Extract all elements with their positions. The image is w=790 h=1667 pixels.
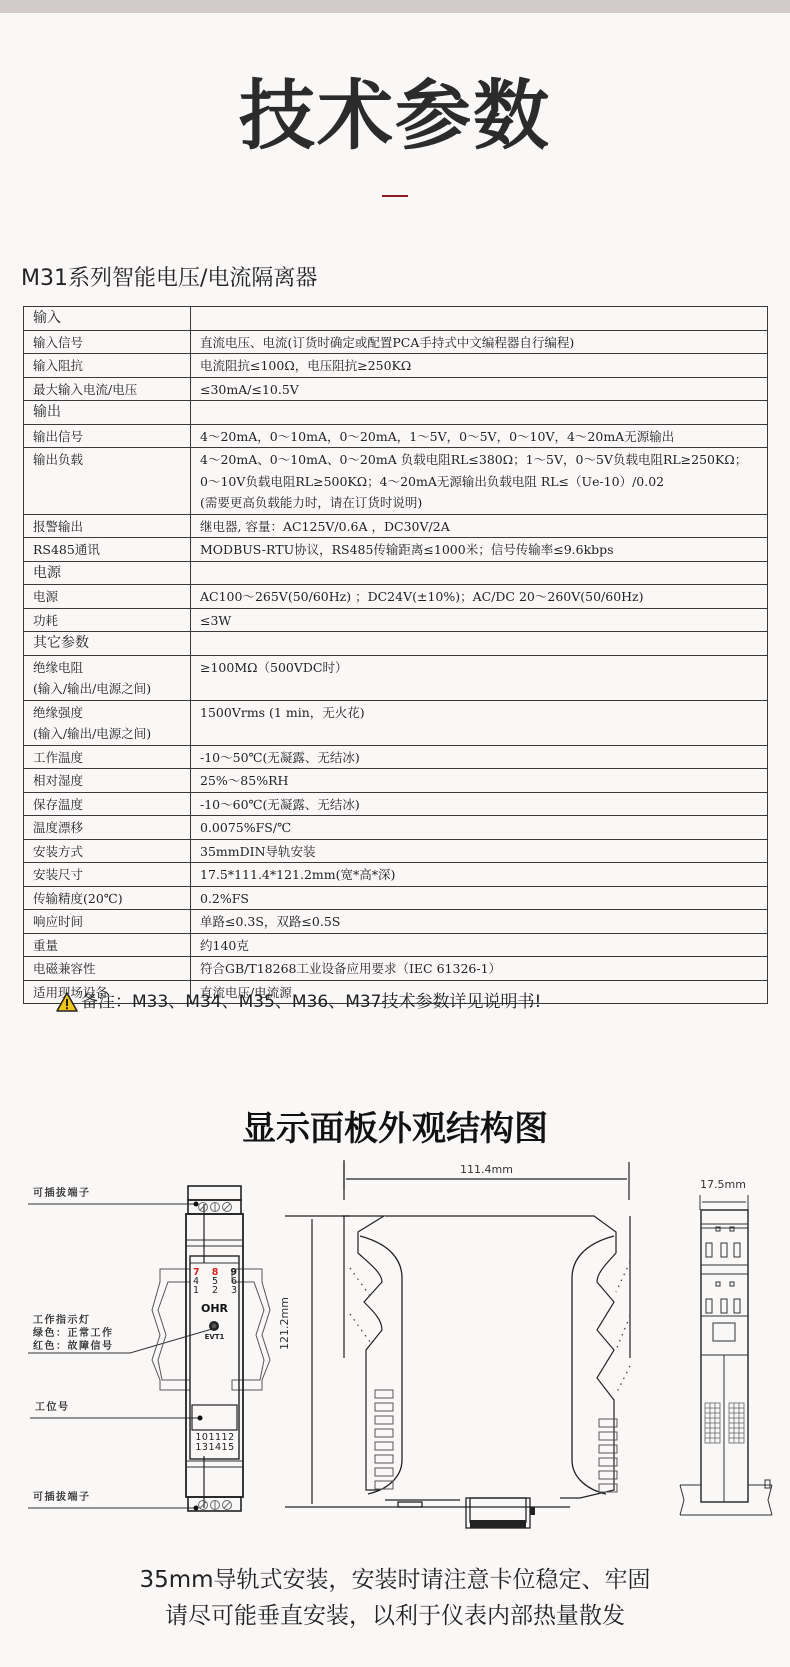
spec-key: 重量 xyxy=(24,933,191,957)
dimension-width: 17.5mm xyxy=(700,1178,746,1191)
terminal-numbers-bottom: 101112 131415 xyxy=(191,1433,239,1453)
table-section-row: 输入 xyxy=(24,307,768,331)
terminal-1: 1 xyxy=(193,1286,199,1295)
spec-key: 响应时间 xyxy=(24,910,191,934)
spec-key: 报警输出 xyxy=(24,514,191,538)
spec-value: 0.2%FS xyxy=(191,886,768,910)
spec-value: 约140克 xyxy=(191,933,768,957)
table-row: 安装方式35mmDIN导轨安装 xyxy=(24,839,768,863)
spec-key: 输出信号 xyxy=(24,424,191,448)
spec-value: 继电器, 容量：AC125V/0.6A ，DC30V/2A xyxy=(191,514,768,538)
diagram-title: 显示面板外观结构图 xyxy=(0,1107,790,1151)
spec-value: ≤30mA/≤10.5V xyxy=(191,377,768,401)
table-row: 电源AC100～265V(50/60Hz) ；DC24V(±10%)；AC/DC… xyxy=(24,585,768,609)
table-section-row: 输出 xyxy=(24,401,768,425)
spec-key: 安装尺寸 xyxy=(24,863,191,887)
table-row: 相对湿度25%～85%RH xyxy=(24,769,768,793)
spec-value xyxy=(191,632,768,656)
spec-key: 功耗 xyxy=(24,608,191,632)
spec-key: 电源 xyxy=(24,561,191,585)
spec-value: -10～60℃(无凝露、无结冰) xyxy=(191,792,768,816)
spec-value xyxy=(191,561,768,585)
spec-key: 保存温度 xyxy=(24,792,191,816)
spec-key: 工作温度 xyxy=(24,745,191,769)
spec-value: 直流电压、电流(订货时确定或配置PCA手持式中文编程器自行编程) xyxy=(191,330,768,354)
dimension-height: 121.2mm xyxy=(278,1297,291,1350)
note-text: 备注：M33、M34、M35、M36、M37技术参数详见说明书! xyxy=(81,990,541,1014)
led-label: EVT1 xyxy=(190,1333,239,1341)
table-row: 输入阻抗电流阻抗≤100Ω，电压阻抗≥250KΩ xyxy=(24,354,768,378)
top-strip xyxy=(0,0,790,13)
title-accent-rule xyxy=(382,195,408,197)
table-section-row: 电源 xyxy=(24,561,768,585)
table-row: 输入信号直流电压、电流(订货时确定或配置PCA手持式中文编程器自行编程) xyxy=(24,330,768,354)
table-row: 绝缘强度(输入/输出/电源之间)1500Vrms (1 min，无火花) xyxy=(24,700,768,745)
table-row: 安装尺寸17.5*111.4*121.2mm(宽*高*深) xyxy=(24,863,768,887)
spec-key: 绝缘强度(输入/输出/电源之间) xyxy=(24,700,191,745)
spec-key: 输入 xyxy=(24,307,191,331)
end-view-drawing xyxy=(660,1160,790,1530)
spec-value: ≤3W xyxy=(191,608,768,632)
table-section-row: 其它参数 xyxy=(24,632,768,656)
side-view-drawing xyxy=(280,1160,660,1530)
spec-key: 最大输入电流/电压 xyxy=(24,377,191,401)
spec-value: -10～50℃(无凝露、无结冰) xyxy=(191,745,768,769)
spec-value: 35mmDIN导轨安装 xyxy=(191,839,768,863)
table-row: 传输精度(20℃)0.2%FS xyxy=(24,886,768,910)
spec-value: 25%～85%RH xyxy=(191,769,768,793)
brand-logo: OHR xyxy=(190,1302,239,1315)
table-row: 重量约140克 xyxy=(24,933,768,957)
spec-value xyxy=(191,307,768,331)
spec-key: 输出 xyxy=(24,401,191,425)
terminal-numbers-top: 7 8 9 4 5 6 1 2 3 xyxy=(193,1268,237,1295)
spec-key: RS485通讯 xyxy=(24,538,191,562)
spec-key: 输入阻抗 xyxy=(24,354,191,378)
spec-key: 电源 xyxy=(24,585,191,609)
spec-value: 电流阻抗≤100Ω，电压阻抗≥250KΩ xyxy=(191,354,768,378)
spec-value: 4～20mA、0～10mA、0～20mA 负载电阻RL≤380Ω；1～5V，0～… xyxy=(191,448,768,515)
table-row: 报警输出继电器, 容量：AC125V/0.6A ，DC30V/2A xyxy=(24,514,768,538)
spec-key: 输入信号 xyxy=(24,330,191,354)
spec-value xyxy=(191,401,768,425)
table-row: 工作温度-10～50℃(无凝露、无结冰) xyxy=(24,745,768,769)
spec-value: ≥100MΩ（500VDC时） xyxy=(191,655,768,700)
table-row: RS485通讯MODBUS-RTU协议，RS485传输距离≤1000米；信号传输… xyxy=(24,538,768,562)
front-view-drawing xyxy=(0,1160,290,1530)
spec-value: AC100～265V(50/60Hz) ；DC24V(±10%)；AC/DC 2… xyxy=(191,585,768,609)
dimension-depth: 111.4mm xyxy=(460,1163,513,1176)
table-row: 电磁兼容性符合GB/T18268工业设备应用要求（IEC 61326-1） xyxy=(24,957,768,981)
footer-line-1: 35mm导轨式安装，安装时请注意卡位稳定、牢固 xyxy=(0,1564,790,1596)
spec-key: 其它参数 xyxy=(24,632,191,656)
spec-table: 输入输入信号直流电压、电流(订货时确定或配置PCA手持式中文编程器自行编程)输入… xyxy=(23,306,768,1004)
terminal-2: 2 xyxy=(212,1286,218,1295)
spec-value: 符合GB/T18268工业设备应用要求（IEC 61326-1） xyxy=(191,957,768,981)
spec-key: 输出负载 xyxy=(24,448,191,515)
table-row: 绝缘电阻(输入/输出/电源之间)≥100MΩ（500VDC时） xyxy=(24,655,768,700)
table-row: 保存温度-10～60℃(无凝露、无结冰) xyxy=(24,792,768,816)
spec-key: 电磁兼容性 xyxy=(24,957,191,981)
spec-key: 传输精度(20℃) xyxy=(24,886,191,910)
table-row: 最大输入电流/电压≤30mA/≤10.5V xyxy=(24,377,768,401)
warning-icon xyxy=(56,992,78,1012)
structure-diagram: 可插拔端子 工作指示灯 绿色：正常工作 红色：故障信号 工位号 可插拔端子 xyxy=(0,1160,790,1530)
table-row: 输出信号4～20mA，0～10mA，0～20mA，1～5V，0～5V，0～10V… xyxy=(24,424,768,448)
spec-value: 单路≤0.3S，双路≤0.5S xyxy=(191,910,768,934)
spec-table-caption: M31系列智能电压/电流隔离器 xyxy=(21,264,317,294)
spec-value: MODBUS-RTU协议，RS485传输距离≤1000米；信号传输率≤9.6kb… xyxy=(191,538,768,562)
spec-value: 4～20mA，0～10mA，0～20mA，1～5V，0～5V，0～10V，4～2… xyxy=(191,424,768,448)
spec-value: 17.5*111.4*121.2mm(宽*高*深) xyxy=(191,863,768,887)
table-row: 输出负载4～20mA、0～10mA、0～20mA 负载电阻RL≤380Ω；1～5… xyxy=(24,448,768,515)
spec-value: 1500Vrms (1 min，无火花) xyxy=(191,700,768,745)
footer-line-2: 请尽可能垂直安装，以利于仪表内部热量散发 xyxy=(0,1600,790,1632)
terminal-3: 3 xyxy=(231,1286,237,1295)
table-row: 响应时间单路≤0.3S，双路≤0.5S xyxy=(24,910,768,934)
spec-key: 温度漂移 xyxy=(24,816,191,840)
spec-value: 0.0075%FS/℃ xyxy=(191,816,768,840)
table-row: 功耗≤3W xyxy=(24,608,768,632)
spec-key: 相对湿度 xyxy=(24,769,191,793)
spec-key: 安装方式 xyxy=(24,839,191,863)
spec-key: 绝缘电阻(输入/输出/电源之间) xyxy=(24,655,191,700)
note: 备注：M33、M34、M35、M36、M37技术参数详见说明书! xyxy=(56,990,541,1014)
page-title: 技术参数 xyxy=(0,66,790,166)
table-row: 温度漂移0.0075%FS/℃ xyxy=(24,816,768,840)
